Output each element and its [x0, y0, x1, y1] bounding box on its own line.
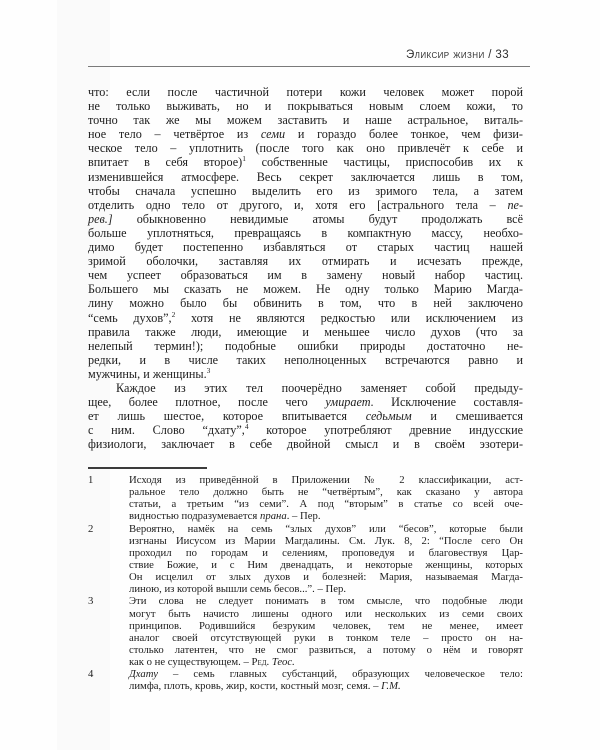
text-line: отделить одно тело от другого, и, хотя е… — [88, 198, 523, 212]
text-line: проходил по городам и селениям, проповед… — [129, 547, 523, 559]
footnote: 3Эти слова не следует понимать в том смы… — [88, 595, 523, 668]
text-line: изменившейся атмосфере. Весь секрет закл… — [88, 170, 523, 184]
footnote-number: 3 — [88, 595, 93, 607]
text-line: Он исцелил от злых духов и болезней: Мар… — [129, 571, 523, 583]
text-line: линою, из которой вышли семь бесов...”. … — [129, 583, 523, 595]
text-line: рев.] обыкновенно невидимые атомы будут … — [88, 212, 523, 226]
text-line: зримой оболочки, заставляя их отмирать и… — [88, 254, 523, 268]
text-line: Каждое из этих тел поочерёдно заменяет с… — [88, 381, 523, 395]
text-line: лину можно было бы обвинить в том, что в… — [88, 296, 523, 310]
text-line: точно так же мы можем заставить и наше а… — [88, 113, 523, 127]
text-line: физиологи, заключает в себе двойной смыс… — [88, 437, 523, 451]
text-line: столько латентен, что не смог развиться,… — [129, 644, 523, 656]
text-line: ное тело – четвёртое из семи и гораздо б… — [88, 127, 523, 141]
body-text: что: если после частичной потери кожи че… — [88, 85, 523, 451]
text-line: что: если после частичной потери кожи че… — [88, 85, 523, 99]
text-line: впитает в себя второе)1 собственные част… — [88, 155, 523, 169]
header-rule — [88, 66, 530, 67]
text-line: Дхату – семь главных субстанций, образую… — [129, 668, 523, 680]
footnote: 2Вероятно, намёк на семь “злых духов” ил… — [88, 523, 523, 596]
running-title: Эликсир жизни — [406, 49, 485, 61]
text-line: Большего мы сказать не можем. Не одну то… — [88, 282, 523, 296]
footnote: 1Исходя из приведённой в Приложении № 2 … — [88, 474, 523, 523]
footnote-number: 1 — [88, 474, 93, 486]
text-line: чтобы сначала успешно выделить его из зр… — [88, 184, 523, 198]
text-line: редки, и в числе таких неполноценных вст… — [88, 353, 523, 367]
text-line: “семь духов”,2 хотя не являются редкость… — [88, 311, 523, 325]
text-line: с ним. Слово “дхату”,4 которое употребля… — [88, 423, 523, 437]
text-line: ствие Божие, и с Ним двенадцать, и некот… — [129, 559, 523, 571]
text-line: могут быть начисто лишены одного или нес… — [129, 608, 523, 620]
text-line: щее, более плотное, после чего умирает. … — [88, 395, 523, 409]
text-line: чем успеет образоваться им в замену новы… — [88, 268, 523, 282]
header-divider: / — [485, 49, 496, 61]
text-line: Вероятно, намёк на семь “злых духов” или… — [129, 523, 523, 535]
text-line: аналог своей отсутствующей руки в тонком… — [129, 632, 523, 644]
text-line: Эти слова не следует понимать в том смыс… — [129, 595, 523, 607]
text-line: больше уплотняться, превращаясь в компак… — [88, 226, 523, 240]
footnote-number: 2 — [88, 523, 93, 535]
text-line: лимфа, плоть, кровь, жир, кости, костный… — [129, 680, 523, 692]
footnote-number: 4 — [88, 668, 93, 680]
text-line: как о не существующем. – Ред. Теос. — [129, 656, 523, 668]
footnote: 4Дхату – семь главных субстанций, образу… — [88, 668, 523, 692]
text-line: димо будет постепенно избавляться от ста… — [88, 240, 523, 254]
text-line: нелепый термин!); подобные ошибки природ… — [88, 339, 523, 353]
text-line: изгнаны Иисусом из Марии Магдалины. См. … — [129, 535, 523, 547]
text-line: ральное тело должно быть не “четвёртым”,… — [129, 486, 523, 498]
text-line: мужчины, и женщины.3 — [88, 367, 523, 381]
text-line: правила также люди, имеющие и меньшее чи… — [88, 325, 523, 339]
text-line: статьи, а третьим “из семи”. А под “втор… — [129, 498, 523, 510]
footnotes: 1Исходя из приведённой в Приложении № 2 … — [88, 474, 523, 693]
text-line: не только выживать, но и покрываться нов… — [88, 99, 523, 113]
text-line: принципов. Родившийся безруким человек, … — [129, 620, 523, 632]
text-line: Исходя из приведённой в Приложении № 2 к… — [129, 474, 523, 486]
text-line: видностью подразумевается прана. – Пер. — [129, 510, 523, 522]
footnote-ref: 3 — [207, 366, 211, 375]
text-line: ет лишь шестое, которое впитывается седь… — [88, 409, 523, 423]
footnote-separator — [88, 467, 207, 469]
text-line: ческое тело – уплотнить (после того как … — [88, 141, 523, 155]
page-header: Эликсир жизни / 33 — [88, 49, 525, 61]
page-number: 33 — [495, 49, 509, 61]
book-page: Эликсир жизни / 33 что: если после части… — [0, 0, 600, 750]
